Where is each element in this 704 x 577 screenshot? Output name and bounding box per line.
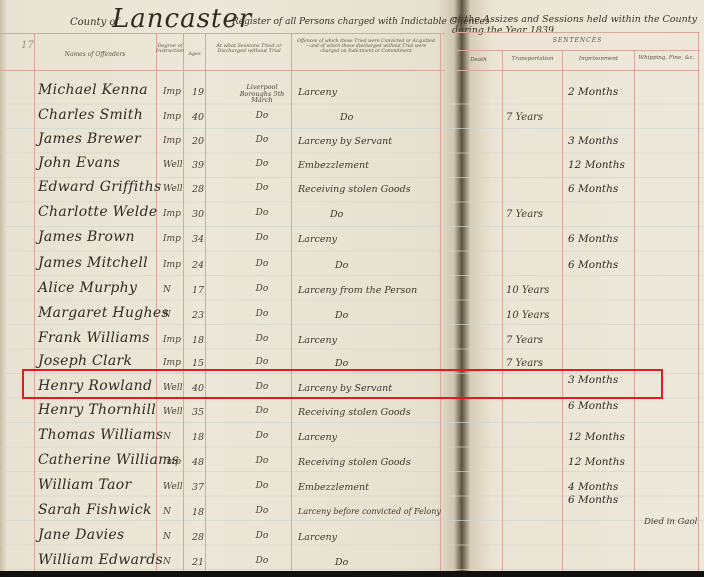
session: Do	[232, 233, 292, 243]
header-degree: Degree of Instruction	[156, 44, 184, 55]
offence: Embezzlement	[298, 482, 369, 493]
table-row[interactable]: Jane Davies N 28 Do Larceny Died in Gaol	[0, 527, 704, 551]
offence: Larceny	[298, 532, 337, 543]
age: 19	[192, 87, 204, 98]
offender-name: Henry Thornhill	[38, 402, 156, 418]
transportation: 7 Years	[506, 209, 543, 220]
imprisonment: 4 Months	[568, 481, 618, 493]
imprisonment: 6 Months	[568, 233, 618, 245]
age: 24	[192, 260, 204, 271]
table-row[interactable]: Edward Griffiths Well 28 Do Receiving st…	[0, 179, 704, 203]
imprisonment: 6 Months	[568, 400, 618, 412]
age: 30	[192, 209, 204, 220]
offence: Do	[340, 112, 353, 123]
age: 21	[192, 557, 204, 568]
header-offence: Offences of which those Tried were Convi…	[296, 40, 436, 54]
table-row[interactable]: Michael Kenna Imp 19 Liverpool Boroughs …	[0, 82, 704, 106]
header-age: Ages	[184, 52, 205, 57]
session: Do	[232, 456, 292, 466]
session: Do	[232, 481, 292, 491]
whipping-fine: Died in Gaol	[644, 517, 697, 527]
sentences-rule	[455, 50, 700, 51]
imprisonment: 6 Months	[568, 183, 618, 195]
table-row[interactable]: Catherine Williams Imp 48 Do Receiving s…	[0, 452, 704, 476]
age: 23	[192, 310, 204, 321]
session: Do	[232, 531, 292, 541]
table-row[interactable]: James Mitchell Imp 24 Do Do 6 Months	[0, 255, 704, 279]
table-row[interactable]: James Brewer Imp 20 Do Larceny by Servan…	[0, 131, 704, 155]
offence: Larceny before convicted of Felony	[298, 507, 441, 516]
table-row[interactable]: Thomas Williams N 18 Do Larceny 12 Month…	[0, 427, 704, 451]
age: 28	[192, 184, 204, 195]
imprisonment: 12 Months	[568, 456, 625, 468]
header-whipping: Whipping, Fine, &c.	[635, 56, 698, 62]
session: Do	[232, 159, 292, 169]
offender-name: Alice Murphy	[38, 280, 137, 296]
session: Do	[232, 111, 292, 121]
degree-of-instruction: Imp	[163, 457, 181, 467]
transportation: 10 Years	[506, 285, 549, 296]
highlight-box	[22, 369, 663, 399]
imprisonment: 3 Months	[568, 135, 618, 147]
degree-of-instruction: Imp	[163, 335, 181, 345]
degree-of-instruction: N	[163, 310, 171, 320]
offence: Receiving stolen Goods	[298, 407, 411, 418]
offender-name: John Evans	[38, 155, 120, 171]
transportation: 7 Years	[506, 112, 543, 123]
offence: Larceny	[298, 432, 337, 443]
imprisonment: 6 Months	[568, 494, 618, 506]
header-top-rule-right	[455, 32, 700, 33]
offence: Larceny	[298, 87, 337, 98]
offender-name: Catherine Williams	[38, 452, 179, 468]
table-row[interactable]: Charles Smith Imp 40 Do Do 7 Years	[0, 107, 704, 131]
header-transportation: Transportation	[503, 57, 562, 63]
offence: Do	[335, 557, 348, 568]
age: 35	[192, 407, 204, 418]
age: 18	[192, 432, 204, 443]
degree-of-instruction: Imp	[163, 358, 181, 368]
offender-name: Margaret Hughes	[38, 305, 169, 321]
age: 48	[192, 457, 204, 468]
offence: Larceny	[298, 335, 337, 346]
degree-of-instruction: N	[163, 532, 171, 542]
offence: Do	[335, 358, 348, 369]
offender-name: William Edwards	[38, 552, 163, 568]
header-session: At what Sessions Tried or Discharged wit…	[210, 44, 288, 55]
header-sentences: SENTENCES	[455, 38, 700, 44]
degree-of-instruction: N	[163, 285, 171, 295]
offender-name: Frank Williams	[38, 330, 150, 346]
age: 37	[192, 482, 204, 493]
session: Do	[232, 431, 292, 441]
session: Do	[232, 357, 292, 367]
imprisonment: 6 Months	[568, 259, 618, 271]
offence: Do	[335, 260, 348, 271]
offender-name: William Taor	[38, 477, 131, 493]
register-title-left: Register of all Persons charged with Ind…	[232, 17, 489, 27]
table-row[interactable]: James Brown Imp 34 Do Larceny 6 Months	[0, 229, 704, 253]
age: 39	[192, 160, 204, 171]
offender-name: James Brown	[38, 229, 135, 245]
offender-name: Thomas Williams	[38, 427, 163, 443]
session: Do	[232, 183, 292, 193]
offender-name: Charles Smith	[38, 107, 143, 123]
offence: Do	[330, 209, 343, 220]
session: Do	[232, 208, 292, 218]
degree-of-instruction: Well	[163, 160, 183, 170]
offender-name: James Mitchell	[38, 255, 148, 271]
bottom-bar	[0, 571, 704, 577]
register-page-spread: County of Lancaster Register of all Pers…	[0, 0, 704, 571]
transportation: 7 Years	[506, 358, 543, 369]
degree-of-instruction: N	[163, 432, 171, 442]
offender-name: Edward Griffiths	[38, 179, 161, 195]
offence: Receiving stolen Goods	[298, 184, 411, 195]
table-row[interactable]: Charlotte Welde Imp 30 Do Do 7 Years	[0, 204, 704, 228]
age: 15	[192, 358, 204, 369]
table-row[interactable]: Margaret Hughes N 23 Do Do 10 Years	[0, 305, 704, 329]
session: Do	[232, 334, 292, 344]
table-row[interactable]: Sarah Fishwick N 18 Do Larceny before co…	[0, 502, 704, 526]
degree-of-instruction: Imp	[163, 234, 181, 244]
offender-name: Joseph Clark	[38, 353, 132, 369]
session: Do	[232, 259, 292, 269]
offender-name: James Brewer	[38, 131, 141, 147]
session: Do	[232, 135, 292, 145]
table-row[interactable]: Alice Murphy N 17 Do Larceny from the Pe…	[0, 280, 704, 304]
offender-name: Sarah Fishwick	[38, 502, 152, 518]
header-names: Names of Offenders	[40, 52, 150, 58]
degree-of-instruction: Well	[163, 184, 183, 194]
offence: Larceny by Servant	[298, 136, 392, 147]
degree-of-instruction: Well	[163, 407, 183, 417]
age: 18	[192, 507, 204, 518]
transportation: 7 Years	[506, 335, 543, 346]
degree-of-instruction: Imp	[163, 87, 181, 97]
age: 34	[192, 234, 204, 245]
session: Do	[232, 284, 292, 294]
header-top-rule	[0, 33, 445, 34]
offender-name: Charlotte Welde	[38, 204, 157, 220]
table-row[interactable]: Henry Thornhill Well 35 Do Receiving sto…	[0, 402, 704, 426]
offence: Larceny from the Person	[298, 285, 417, 296]
degree-of-instruction: Imp	[163, 112, 181, 122]
header-death: Death	[455, 58, 502, 64]
offender-name: Jane Davies	[38, 527, 124, 543]
page-number: 17	[21, 40, 34, 51]
offence: Larceny	[298, 234, 337, 245]
session: Do	[232, 309, 292, 319]
session: Liverpool Boroughs 5th March	[232, 84, 292, 104]
age: 18	[192, 335, 204, 346]
degree-of-instruction: N	[163, 507, 171, 517]
session: Do	[232, 406, 292, 416]
header-bottom-rule-right	[455, 70, 700, 71]
degree-of-instruction: Well	[163, 482, 183, 492]
header-bottom-rule	[0, 70, 445, 71]
table-row[interactable]: John Evans Well 39 Do Embezzlement 12 Mo…	[0, 155, 704, 179]
offender-name: Michael Kenna	[38, 82, 148, 98]
header-imprisonment: Imprisonment	[563, 57, 634, 63]
degree-of-instruction: Imp	[163, 260, 181, 270]
degree-of-instruction: Imp	[163, 209, 181, 219]
table-row[interactable]: Frank Williams Imp 18 Do Larceny 7 Years	[0, 330, 704, 354]
age: 17	[192, 285, 204, 296]
age: 28	[192, 532, 204, 543]
degree-of-instruction: N	[163, 557, 171, 567]
transportation: 10 Years	[506, 310, 549, 321]
imprisonment: 12 Months	[568, 431, 625, 443]
session: Do	[232, 556, 292, 566]
session: Do	[232, 506, 292, 516]
imprisonment: 12 Months	[568, 159, 625, 171]
degree-of-instruction: Imp	[163, 136, 181, 146]
imprisonment: 2 Months	[568, 86, 618, 98]
offence: Do	[335, 310, 348, 321]
offence: Receiving stolen Goods	[298, 457, 411, 468]
age: 40	[192, 112, 204, 123]
age: 20	[192, 136, 204, 147]
offence: Embezzlement	[298, 160, 369, 171]
